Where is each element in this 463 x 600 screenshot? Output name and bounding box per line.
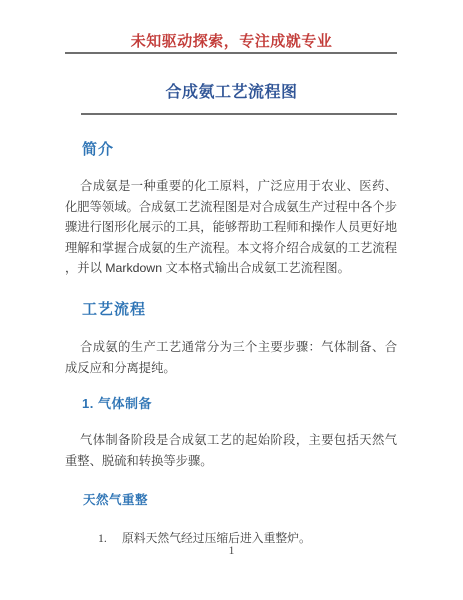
paragraph-line: 合成氨的生产工艺通常分为三个主要步骤：气体制备、合 <box>65 337 397 358</box>
heading-process: 工艺流程 <box>82 298 146 319</box>
paragraph-line: 气体制备阶段是合成氨工艺的起始阶段，主要包括天然气 <box>65 430 397 451</box>
header-rule-divider <box>65 52 397 54</box>
paragraph-line: 化肥等领域。合成氨工艺流程图是对合成氨生产过程中各个步 <box>65 197 397 218</box>
paragraph-line: 成反应和分离提纯。 <box>65 358 397 379</box>
paragraph-process: 合成氨的生产工艺通常分为三个主要步骤：气体制备、合 成反应和分离提纯。 <box>65 337 397 378</box>
list-item-number: 1. <box>98 531 122 546</box>
paragraph-line: 理解和掌握合成氨的生产流程。本文将介绍合成氨的工艺流程 <box>65 238 397 259</box>
paragraph-intro: 合成氨是一种重要的化工原料，广泛应用于农业、医药、 化肥等领域。合成氨工艺流程图… <box>65 176 397 279</box>
paragraph-line: 骤进行图形化展示的工具，能够帮助工程师和操作人员更好地 <box>65 217 397 238</box>
paragraph-line: ，并以 Markdown 文本格式输出合成氨工艺流程图。 <box>65 258 397 279</box>
paragraph-line: 合成氨是一种重要的化工原料，广泛应用于农业、医药、 <box>65 176 397 197</box>
list-item-text: 原料天然气经过压缩后进入重整炉。 <box>122 529 311 546</box>
numbered-list-item: 1. 原料天然气经过压缩后进入重整炉。 <box>98 529 311 546</box>
document-page: 未知驱动探索，专注成就专业 合成氨工艺流程图 简介 合成氨是一种重要的化工原料，… <box>0 0 463 600</box>
page-title: 合成氨工艺流程图 <box>0 79 463 102</box>
heading-intro: 简介 <box>82 138 114 159</box>
heading-natural-gas-reforming: 天然气重整 <box>83 490 148 508</box>
page-number: 1 <box>0 545 463 557</box>
heading-step1-gas-preparation: 1. 气体制备 <box>82 393 152 412</box>
title-rule-divider <box>81 113 397 115</box>
header-slogan: 未知驱动探索，专注成就专业 <box>0 30 463 51</box>
paragraph-step1: 气体制备阶段是合成氨工艺的起始阶段，主要包括天然气 重整、脱硫和转换等步骤。 <box>65 430 397 471</box>
paragraph-line: 重整、脱硫和转换等步骤。 <box>65 451 397 472</box>
